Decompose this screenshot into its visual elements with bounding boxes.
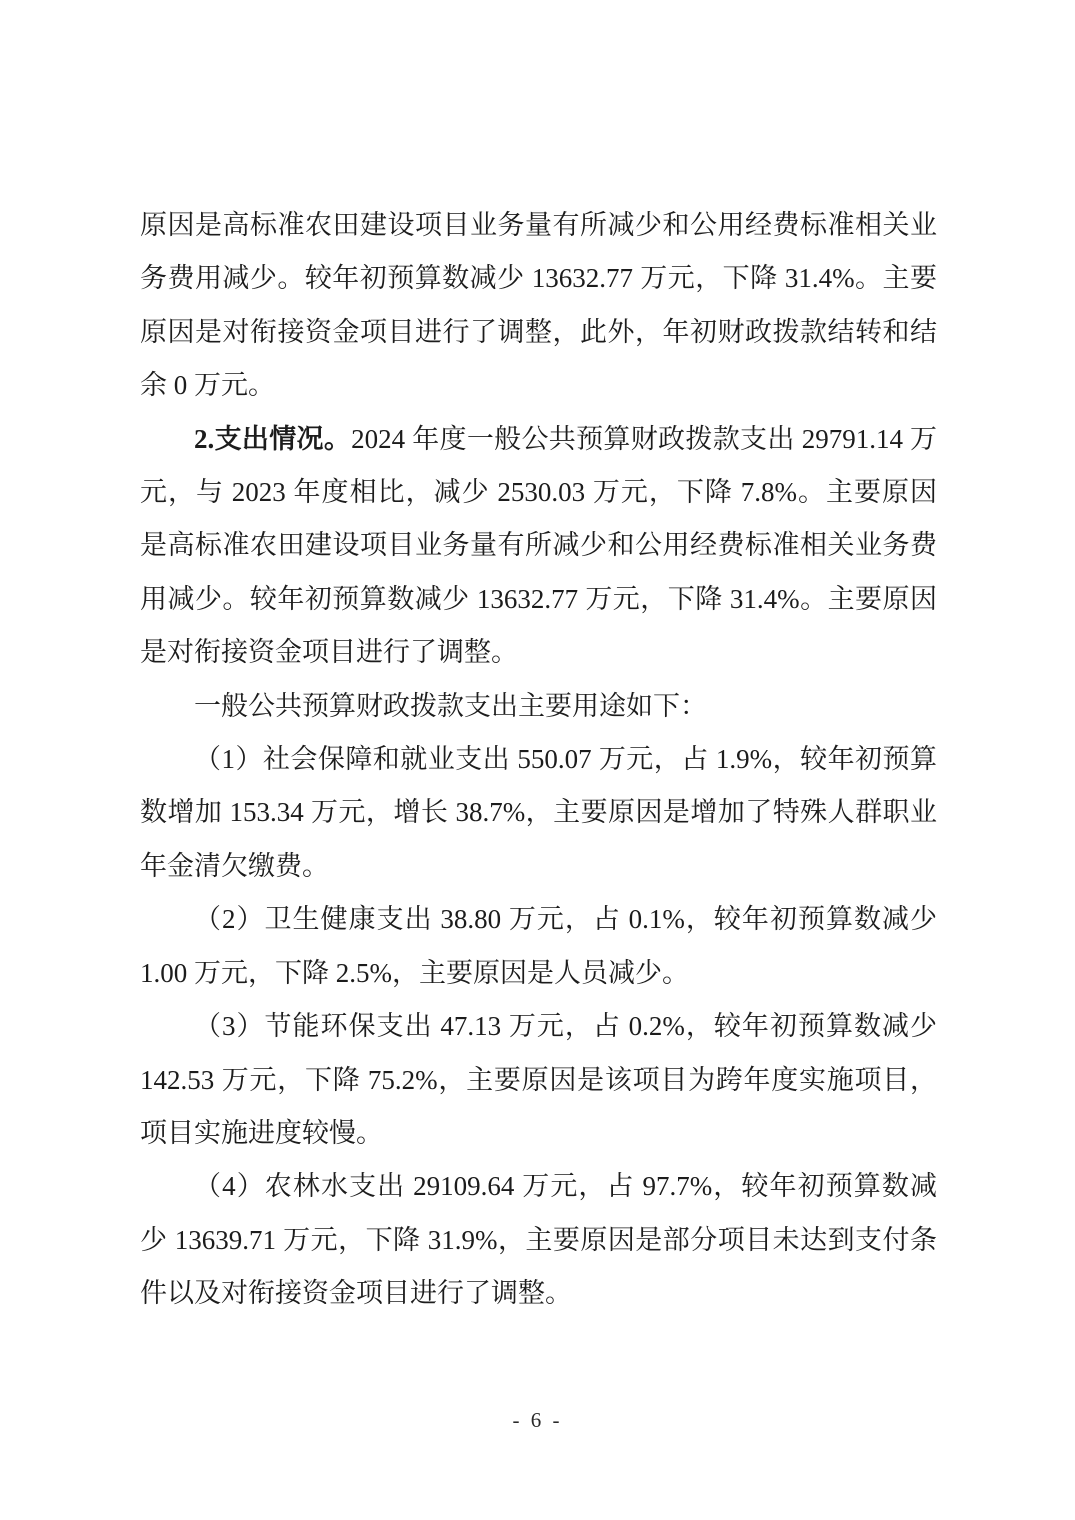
paragraph-text: 原因是高标准农田建设项目业务量有所减少和公用经费标准相关业务费用减少。较年初预算… (140, 210, 937, 400)
document-page: 原因是高标准农田建设项目业务量有所减少和公用经费标准相关业务费用减少。较年初预算… (0, 0, 1075, 1520)
document-body: 原因是高标准农田建设项目业务量有所减少和公用经费标准相关业务费用减少。较年初预算… (140, 199, 937, 1321)
paragraph-text: 2024 年度一般公共预算财政拨款支出 29791.14 万元，与 2023 年… (140, 424, 937, 668)
paragraph-text: （1）社会保障和就业支出 550.07 万元，占 1.9%，较年初预算数增加 1… (140, 744, 937, 881)
paragraph-text: 一般公共预算财政拨款支出主要用途如下： (194, 691, 707, 721)
paragraph: 一般公共预算财政拨款支出主要用途如下： (140, 680, 937, 733)
paragraph: 原因是高标准农田建设项目业务量有所减少和公用经费标准相关业务费用减少。较年初预算… (140, 199, 937, 413)
paragraph: （3）节能环保支出 47.13 万元，占 0.2%，较年初预算数减少 142.5… (140, 1000, 937, 1160)
paragraph: （4）农林水支出 29109.64 万元，占 97.7%，较年初预算数减少 13… (140, 1160, 937, 1320)
paragraph-text: （3）节能环保支出 47.13 万元，占 0.2%，较年初预算数减少 142.5… (140, 1011, 937, 1148)
paragraph: （2）卫生健康支出 38.80 万元，占 0.1%，较年初预算数减少 1.00 … (140, 893, 937, 1000)
paragraph-lead-bold: 2.支出情况。 (194, 424, 351, 454)
paragraph: （1）社会保障和就业支出 550.07 万元，占 1.9%，较年初预算数增加 1… (140, 733, 937, 893)
page-number: - 6 - (0, 1405, 1075, 1435)
paragraph-text: （4）农林水支出 29109.64 万元，占 97.7%，较年初预算数减少 13… (140, 1171, 937, 1308)
paragraph-text: （2）卫生健康支出 38.80 万元，占 0.1%，较年初预算数减少 1.00 … (140, 904, 937, 987)
paragraph: 2.支出情况。2024 年度一般公共预算财政拨款支出 29791.14 万元，与… (140, 413, 937, 680)
